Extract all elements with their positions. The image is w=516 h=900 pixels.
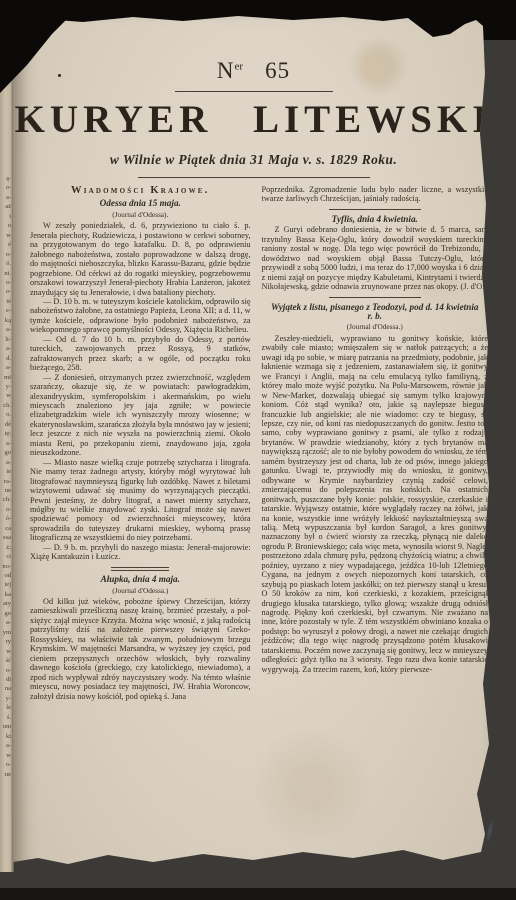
masthead-dateline: w Wilnie w Piątek dnia 31 Maja v. s. 182… [13,152,494,168]
clipped-text-fragment: w [0,391,14,400]
article-paragraph: Z Guryi odebrano doniesienia, że w bitwi… [262,225,488,291]
clipped-text-fragment: i [0,212,14,221]
clipped-text-fragment: ne [0,486,14,495]
clipped-text-fragment: ść [0,656,14,665]
clipped-text-fragment: go [0,448,14,457]
clipped-text-fragment: mi [0,373,14,382]
clipped-text-fragment: om [0,722,14,731]
article-paragraph: — Miasto nasze wielką czuje potrzebę szt… [30,458,251,543]
article-paragraph: W zeszły poniedziałek, d. 6, przywiezion… [30,221,251,297]
clipped-text-fragment: aty [0,599,14,608]
ink-dot-mark [58,74,61,77]
clipped-text-fragment: a- [0,741,14,750]
clipped-text-fragment: ch: [0,495,14,504]
clipped-text-fragment: ié [0,297,14,306]
section-divider [329,297,421,298]
facing-page-edge-strip: ą-o-a-ażiowéo-ó.ni.o-o-iée-kąa-li-a-d.a-… [0,16,14,872]
article-paragraph: Zeszłey-niedzieli, wyprawiano tu gonitwy… [262,334,488,674]
clipped-text-fragment: ch. [0,401,14,410]
clipped-text-fragment: ra- [0,477,14,486]
article-paragraph: — Od d. 7 do 10 b. m. przybyło do Odessy… [30,335,251,373]
clipped-text-fragment: w [0,231,14,240]
clipped-text-fragment: a- [0,193,14,202]
article-dateline: Tyflis, dnia 4 kwietnia. [268,215,482,224]
clipped-text-fragment: ó- [0,514,14,523]
clipped-text-fragment: di [0,675,14,684]
clipped-text-fragment: é [0,240,14,249]
newspaper-page: Ner65 KURYER LITEWSKI w Wilnie w Piątek … [13,14,494,882]
clipped-text-fragment: na [0,684,14,693]
clipped-text-fragment: o- [0,278,14,287]
issue-number-value: 65 [265,58,290,83]
clipped-text-fragment: od [0,571,14,580]
clipped-text-fragment: a- [0,458,14,467]
article-source: (Journal d'Odessa.) [30,586,251,595]
clipped-text-fragment: o- [0,183,14,192]
article-paragraph: — Z doniesień, otrzymanych przez zwierzc… [30,373,251,458]
clipped-text-fragment: y- [0,382,14,391]
clipped-text-fragment: le [0,703,14,712]
clipped-text-fragment: y- [0,694,14,703]
clipped-text-fragment: a- [0,325,14,334]
article-paragraph: — D. 10 b. m. w tuteyszym kościele katol… [30,297,251,335]
masthead-rule-top [175,91,333,92]
clipped-text-fragment: ż; [0,543,14,552]
clipped-text-fragment: dé [0,420,14,429]
clipped-text-fragment: e- [0,306,14,315]
article-paragraph: Od kilku już wieków, pobożne śpiewy Chrz… [30,597,251,701]
clipped-text-fragment: o [0,221,14,230]
clipped-text-fragment: ry [0,637,14,646]
clipped-text-fragment: o- [0,666,14,675]
scanner-bed-bottom [0,888,516,900]
article-source: (Journal d'Odessa.) [262,322,488,331]
pencil-smudge-mark [484,818,495,845]
clipped-text-fragment: w [0,751,14,760]
clipped-text-fragment: ó. [0,259,14,268]
clipped-text-fragment: d. [0,354,14,363]
masthead: Ner65 KURYER LITEWSKI w Wilnie w Piątek … [13,14,494,178]
clipped-text-fragment: ne [0,770,14,779]
newspaper-title: KURYER LITEWSKI [13,97,494,142]
clipped-text-fragment: a- [0,363,14,372]
article-paragraph: Poprzednika. Zgromadzenie ludu było nade… [262,185,488,204]
issue-prefix: N [217,58,235,83]
clipped-text-fragment: a- [0,618,14,627]
right-column: Poprzednika. Zgromadzenie ludu było nade… [262,185,488,701]
section-divider [111,567,169,571]
section-heading: Wiadomości Krajowe. [30,186,251,195]
clipped-text-fragment: o- [0,250,14,259]
clipped-text-fragment: a- [0,439,14,448]
clipped-text-fragment: ką [0,316,14,325]
left-column: Wiadomości Krajowe.Odessa dnia 15 maja.(… [30,185,251,701]
issue-number: Ner65 [13,58,494,84]
clipped-text-fragment: ni. [0,269,14,278]
clipped-text-fragment: o- [0,760,14,769]
article-paragraph: — D. 9 b. m. przybyli do naszego miasta:… [30,543,251,562]
clipped-text-fragment: ą- [0,174,14,183]
clipped-text-fragment: a- [0,344,14,353]
clipped-text-fragment: no- [0,562,14,571]
clipped-text-fragment: aż [0,202,14,211]
clipped-text-fragment: ca [0,524,14,533]
clipped-text-fragment: ci [0,552,14,561]
section-divider [329,209,421,210]
text-columns: Wiadomości Krajowe.Odessa dnia 15 maja.(… [13,178,494,701]
article-source: (Journal d'Odessa). [30,210,251,219]
clipped-text-fragment: li- [0,335,14,344]
issue-superscript: er [235,60,244,72]
clipped-text-fragment: iej [0,580,14,589]
clipped-text-fragment: ś. [0,713,14,722]
clipped-text-fragment: ki [0,732,14,741]
clipped-text-fragment: o. [0,410,14,419]
scan-background: { "scan": { "background_color": "#3c3a36… [0,0,516,900]
clipped-text-fragment: w [0,647,14,656]
clipped-text-fragment: ka [0,590,14,599]
clipped-text-fragment: go [0,609,14,618]
article-dateline: Ałupka, dnia 4 maja. [36,575,245,584]
clipped-text-fragment: ie [0,467,14,476]
article-dateline: Odessa dnia 15 maja. [36,199,245,208]
clipped-text-fragment: o- [0,287,14,296]
clipped-text-fragment: o- [0,505,14,514]
article-dateline: Wyjątek z listu, pisanego z Teodozyi, po… [268,303,482,322]
clipped-text-fragment: ym [0,628,14,637]
clipped-text-fragment: ssa [0,533,14,542]
clipped-text-fragment: ię; [0,429,14,438]
